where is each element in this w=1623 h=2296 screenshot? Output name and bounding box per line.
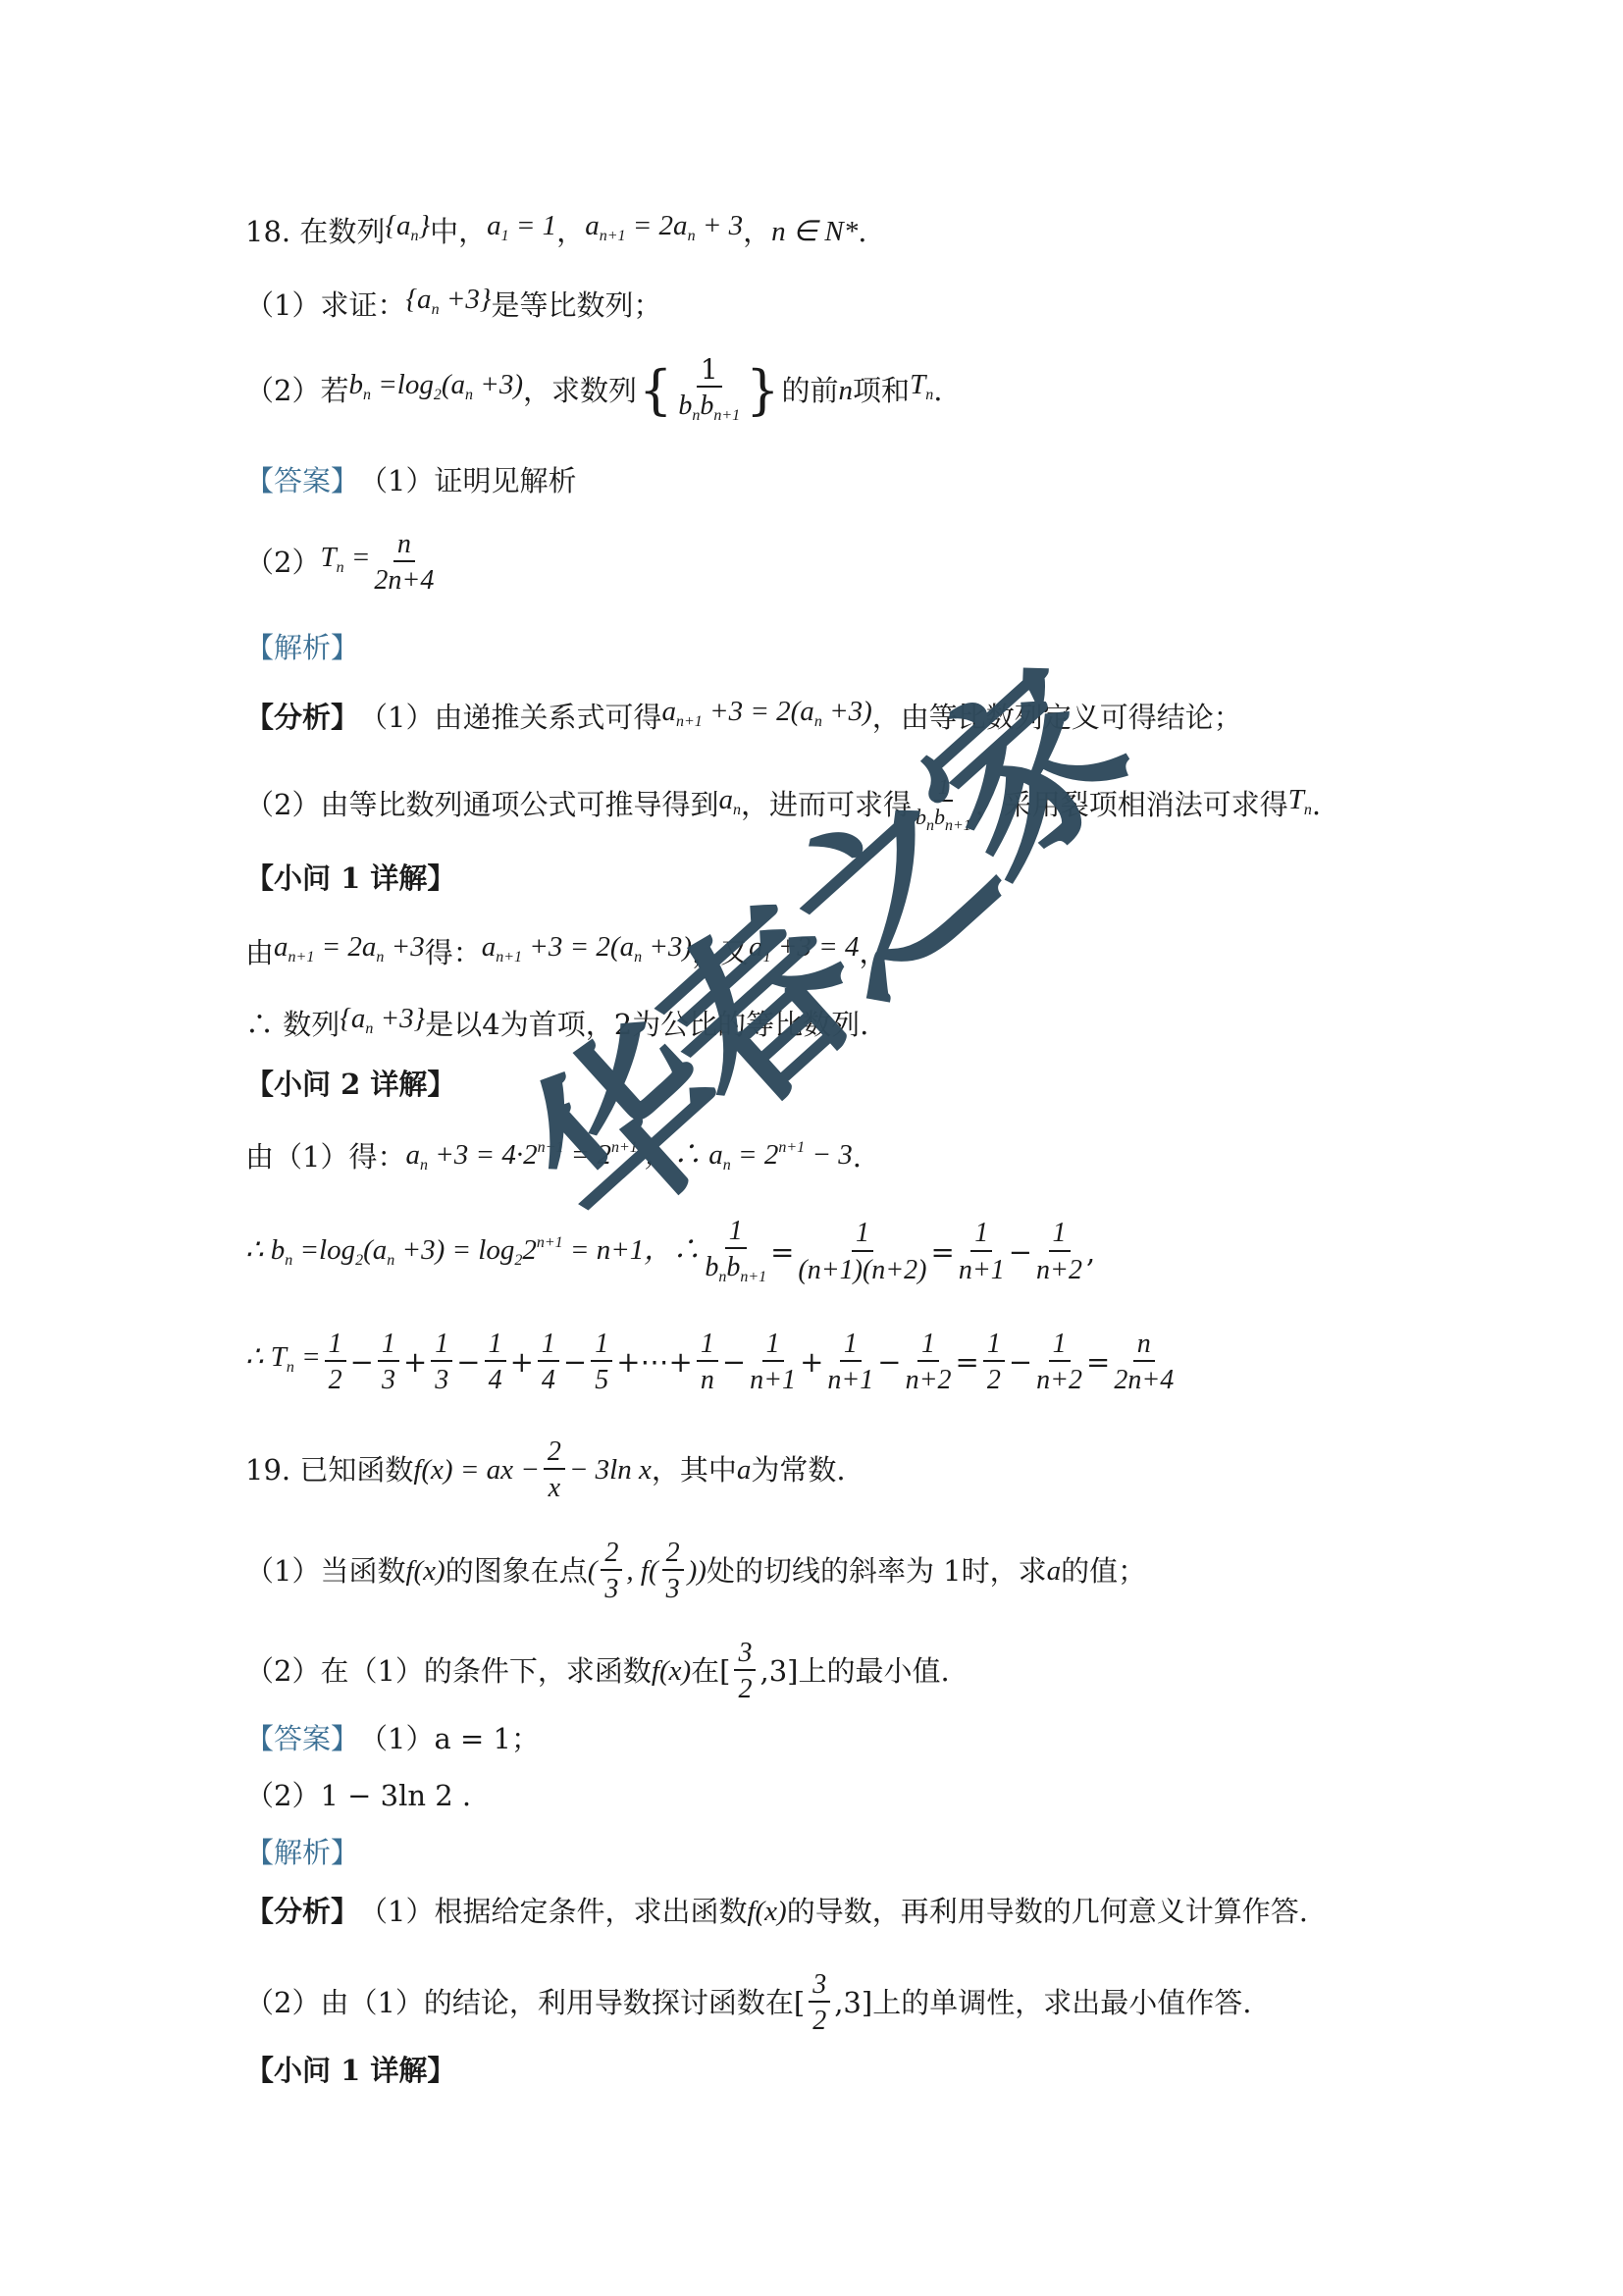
q18-answer2: （2） Tn = n2n+4 bbox=[245, 530, 438, 596]
sub1-label: 【小问 1 详解】 bbox=[245, 2051, 455, 2090]
q19-fenxi2: （2）由（1）的结论，利用导数探讨函数在[ 32,3]上的单调性，求出最小值作答… bbox=[245, 1970, 1251, 2036]
stem-text: 中， bbox=[430, 212, 487, 251]
comma: ， bbox=[556, 212, 585, 251]
analysis-label: 【解析】 bbox=[245, 628, 359, 667]
n-domain: n ∈ N* bbox=[771, 212, 858, 251]
answer-label: 【答案】 bbox=[245, 461, 359, 500]
q19-stem: 19. 已知函数f(x) = ax − 2x − 3ln x，其中a为常数. bbox=[245, 1437, 846, 1503]
q19-part1: （1）当函数f(x)的图象在点( 23, f( 23)) 处的切线的斜率为 1时… bbox=[245, 1539, 1146, 1604]
q18-sub2-line2: ∴ bn =log2(an +3) = log22n+1 = n+1，∴ 1bn… bbox=[245, 1217, 1095, 1286]
question-number: 18. bbox=[245, 212, 290, 251]
comma: ， bbox=[743, 212, 771, 251]
stem-text: 在数列 bbox=[299, 212, 385, 251]
analysis-label: 【解析】 bbox=[245, 1833, 359, 1872]
q19-sub1-label: 【小问 1 详解】 bbox=[245, 2051, 455, 2090]
q18-sub1-label: 【小问 1 详解】 bbox=[245, 859, 455, 898]
frac-num: n bbox=[393, 530, 415, 562]
q19-answer2: （2）1 − 3ln 2 . bbox=[245, 1776, 471, 1815]
recurrence: an+1 = 2an + 3 bbox=[585, 206, 743, 256]
frac-den: 2n+4 bbox=[374, 562, 434, 595]
q18-fenxi2: （2）由等比数列通项公式可推导得到an，进而可求得 1bnbn+1 ，采用裂项相… bbox=[245, 775, 1321, 835]
seq-a: {an} bbox=[385, 206, 430, 256]
tn-symbol: T bbox=[320, 542, 336, 573]
fenxi-label: 【分析】 bbox=[245, 1892, 359, 1931]
answer2-prefix: （2） bbox=[245, 543, 320, 582]
period: . bbox=[858, 212, 866, 251]
q18-analysis-label: 【解析】 bbox=[245, 628, 359, 667]
q19-fenxi1: 【分析】 （1）根据给定条件，求出函数f(x)的导数，再利用导数的几何意义计算作… bbox=[245, 1892, 1308, 1931]
q18-stem: 18. 在数列 {an} 中， a1 = 1 ， an+1 = 2an + 3 … bbox=[245, 206, 866, 256]
q18-sub2-line3: ∴ Tn = 12− 13+ 13− 14+ 14− 15+⋯+ 1n− 1n+… bbox=[245, 1330, 1178, 1395]
sub1-label: 【小问 1 详解】 bbox=[245, 859, 455, 898]
q18-part2: （2）若bn =log2(an +3)，求数列 {1bnbn+1} 的前n项和T… bbox=[245, 355, 942, 425]
sub2-label: 【小问 2 详解】 bbox=[245, 1065, 455, 1104]
q18-part1: （1）求证：{an +3}是等比数列； bbox=[245, 280, 662, 330]
fenxi-label: 【分析】 bbox=[245, 698, 359, 737]
q18-sub2-label: 【小问 2 详解】 bbox=[245, 1065, 455, 1104]
q18-sub1-line1: 由an+1 = 2an +3得： an+1 +3 = 2(an +3)，又a1 … bbox=[245, 927, 887, 977]
q18-sub1-line2: ∴ 数列{an +3}是以4为首项，2为公比的等比数列. bbox=[245, 999, 868, 1049]
document-page: 18. 在数列 {an} 中， a1 = 1 ， an+1 = 2an + 3 … bbox=[0, 0, 1623, 2296]
answer2: （2）1 − 3ln 2 . bbox=[245, 1776, 471, 1815]
q18-fenxi1: 【分析】 （1）由递推关系式可得an+1 +3 = 2(an +3)，由等比数列… bbox=[245, 692, 1242, 742]
q19-analysis-label: 【解析】 bbox=[245, 1833, 359, 1872]
answer-label: 【答案】 bbox=[245, 1719, 359, 1758]
a1-eq: a1 = 1 bbox=[487, 206, 556, 256]
q18-sub2-line1: 由（1）得：an +3 = 4·2n−1 = 2n+1 ，∴ an = 2n+1… bbox=[245, 1128, 862, 1185]
q19-answer: 【答案】 （1）a = 1； bbox=[245, 1719, 540, 1758]
q18-answer: 【答案】 （1）证明见解析 bbox=[245, 461, 576, 500]
q19-part2: （2）在（1）的条件下，求函数f(x)在[ 32,3]上的最小值. bbox=[245, 1639, 950, 1704]
answer1: （1）证明见解析 bbox=[359, 461, 576, 500]
answer1: （1）a = 1； bbox=[359, 1719, 540, 1758]
